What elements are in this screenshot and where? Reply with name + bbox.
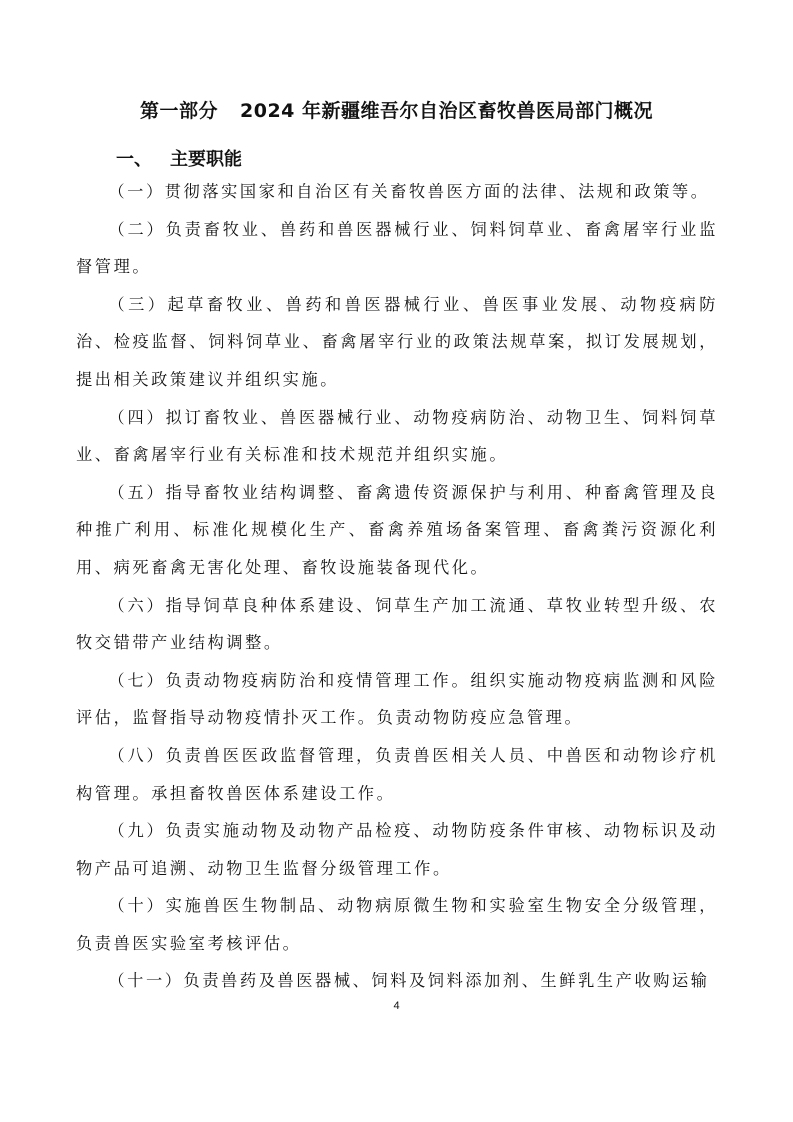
title-part: 第一部分 xyxy=(140,100,218,122)
section-number: 一、 xyxy=(116,149,152,170)
document-body: （一）贯彻落实国家和自治区有关畜牧兽医方面的法律、法规和政策等。 （二）负责畜牧… xyxy=(76,173,718,1000)
paragraph-8: （八）负责兽医医政监督管理，负责兽医相关人员、中兽医和动物诊疗机构管理。承担畜牧… xyxy=(76,737,718,812)
title-text: 2024 年新疆维吾尔自治区畜牧兽医局部门概况 xyxy=(240,100,653,122)
paragraph-11: （十一）负责兽药及兽医器械、饲料及饲料添加剂、生鲜乳生产收购运输 xyxy=(76,962,718,1000)
paragraph-2: （二）负责畜牧业、兽药和兽医器械行业、饲料饲草业、畜禽屠宰行业监督管理。 xyxy=(76,211,718,286)
paragraph-4: （四）拟订畜牧业、兽医器械行业、动物疫病防治、动物卫生、饲料饲草业、畜禽屠宰行业… xyxy=(76,399,718,474)
paragraph-1: （一）贯彻落实国家和自治区有关畜牧兽医方面的法律、法规和政策等。 xyxy=(76,173,718,211)
paragraph-10: （十）实施兽医生物制品、动物病原微生物和实验室生物安全分级管理，负责兽医实验室考… xyxy=(76,887,718,962)
section-heading: 一、主要职能 xyxy=(116,145,242,171)
paragraph-3: （三）起草畜牧业、兽药和兽医器械行业、兽医事业发展、动物疫病防治、检疫监督、饲料… xyxy=(76,286,718,399)
paragraph-9: （九）负责实施动物及动物产品检疫、动物防疫条件审核、动物标识及动物产品可追溯、动… xyxy=(76,812,718,887)
section-title: 主要职能 xyxy=(170,149,242,170)
paragraph-5: （五）指导畜牧业结构调整、畜禽遗传资源保护与利用、种畜禽管理及良种推广利用、标准… xyxy=(76,474,718,587)
page-title: 第一部分2024 年新疆维吾尔自治区畜牧兽医局部门概况 xyxy=(0,96,793,123)
paragraph-6: （六）指导饲草良种体系建设、饲草生产加工流通、草牧业转型升级、农牧交错带产业结构… xyxy=(76,587,718,662)
paragraph-7: （七）负责动物疫病防治和疫情管理工作。组织实施动物疫病监测和风险评估，监督指导动… xyxy=(76,662,718,737)
page-number: 4 xyxy=(0,1000,793,1012)
